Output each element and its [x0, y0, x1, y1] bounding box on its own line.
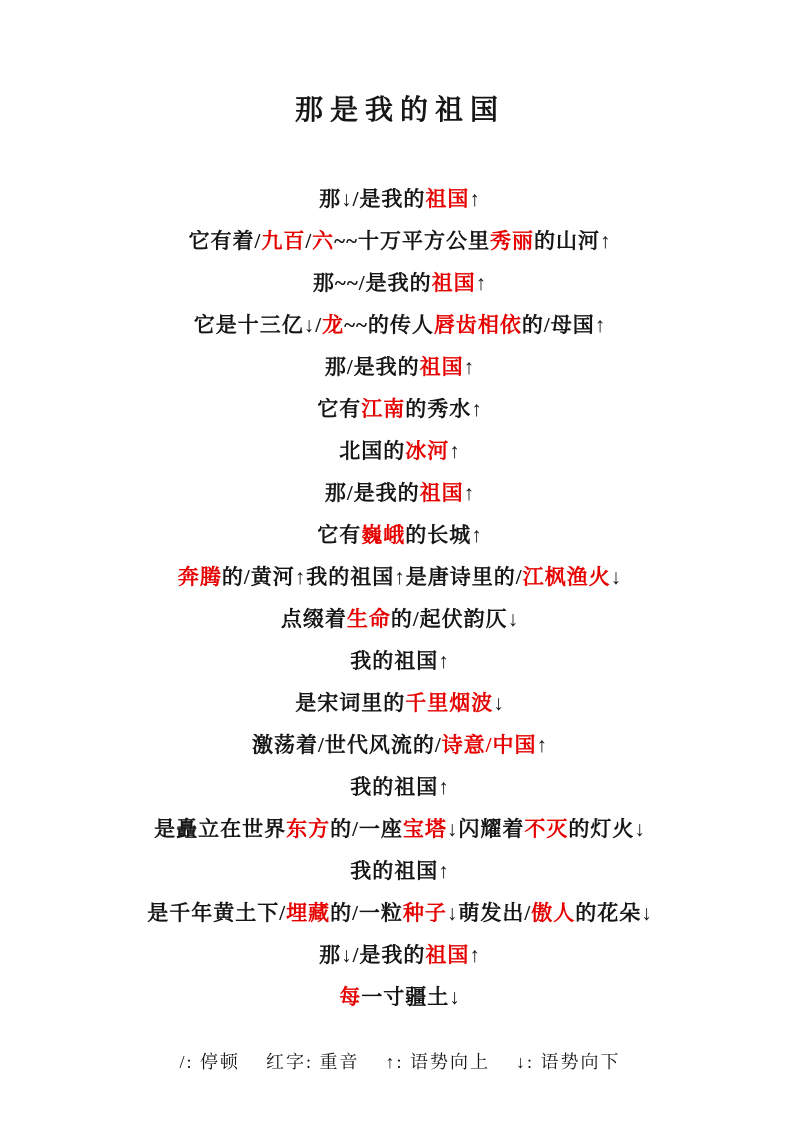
stressed-text: 唇齿相依 — [434, 313, 522, 337]
plain-text: 的山河↑ — [534, 229, 612, 253]
stressed-text: 祖国 — [420, 355, 464, 379]
stressed-text: 龙 — [322, 313, 344, 337]
stressed-text: 诗意 — [442, 733, 486, 757]
plain-text: 是矗立在世界 — [154, 817, 286, 841]
stressed-text: 中国 — [493, 733, 537, 757]
plain-text: 的长城↑ — [405, 523, 483, 547]
plain-text: 那~~/是我的 — [313, 271, 432, 295]
plain-text: 它有着/ — [188, 229, 261, 253]
poem-line: 点缀着生命的/起伏韵仄↓ — [0, 598, 800, 640]
plain-text: 的花朵↓ — [575, 901, 653, 925]
plain-text: 的/一座 — [330, 817, 403, 841]
plain-text: 那/是我的 — [325, 355, 420, 379]
plain-text: 那/是我的 — [325, 481, 420, 505]
plain-text: ↑ — [469, 187, 481, 211]
stressed-text: 江枫渔火 — [523, 565, 611, 589]
stressed-text: 东方 — [286, 817, 330, 841]
plain-text: 它是十三亿↓/ — [194, 313, 322, 337]
annotation-legend: /: 停顿红字: 重音↑: 语势向上↓: 语势向下 — [0, 1044, 800, 1080]
plain-text: 北国的 — [339, 439, 405, 463]
stressed-text: 祖国 — [425, 187, 469, 211]
poem-line: 我的祖国↑ — [0, 850, 800, 892]
stressed-text: 奔腾 — [178, 565, 222, 589]
plain-text: ↓ — [611, 565, 623, 589]
legend-item: /: 停顿 — [179, 1044, 240, 1080]
stressed-text: 埋藏 — [286, 901, 330, 925]
poem-line: 我的祖国↑ — [0, 766, 800, 808]
stressed-text: 巍峨 — [361, 523, 405, 547]
poem-line: 我的祖国↑ — [0, 640, 800, 682]
poem-line: 那/是我的祖国↑ — [0, 472, 800, 514]
stressed-text: 祖国 — [420, 481, 464, 505]
plain-text: 是宋词里的 — [295, 691, 405, 715]
legend-item: ↓: 语势向下 — [516, 1044, 621, 1080]
plain-text: 我的祖国↑ — [350, 649, 450, 673]
legend-item: 红字: 重音 — [266, 1044, 360, 1080]
plain-text: ↑ — [537, 733, 549, 757]
document-title: 那是我的祖国 — [0, 90, 800, 132]
plain-text: 的/起伏韵仄↓ — [391, 607, 519, 631]
plain-text: ↓萌发出/ — [447, 901, 531, 925]
plain-text: 的秀水↑ — [405, 397, 483, 421]
plain-text: ↑ — [464, 355, 476, 379]
stressed-text: 种子 — [403, 901, 447, 925]
stressed-text: 每 — [339, 985, 361, 1009]
stressed-text: 生命 — [347, 607, 391, 631]
plain-text: 的/一粒 — [330, 901, 403, 925]
stressed-text: 九百 — [261, 229, 305, 253]
plain-text: 的/母国↑ — [522, 313, 606, 337]
stressed-text: 祖国 — [432, 271, 476, 295]
poem-line: 奔腾的/黄河↑我的祖国↑是唐诗里的/江枫渔火↓ — [0, 556, 800, 598]
stressed-text: 六 — [312, 229, 334, 253]
plain-text: 的/黄河↑我的祖国↑是唐诗里的/ — [222, 565, 523, 589]
poem-line: 那↓/是我的祖国↑ — [0, 934, 800, 976]
poem-line: 那~~/是我的祖国↑ — [0, 262, 800, 304]
plain-text: 激荡着/世代风流的/ — [252, 733, 442, 757]
poem-line: 北国的冰河↑ — [0, 430, 800, 472]
plain-text: 我的祖国↑ — [350, 859, 450, 883]
plain-text: 一寸疆土↓ — [361, 985, 461, 1009]
plain-text: ↑ — [476, 271, 488, 295]
stressed-text: 不灭 — [524, 817, 568, 841]
plain-text: 的灯火↓ — [568, 817, 646, 841]
poem-line: 它有着/九百/六~~十万平方公里秀丽的山河↑ — [0, 220, 800, 262]
stressed-text: / — [486, 733, 493, 757]
plain-text: ~~十万平方公里 — [334, 229, 490, 253]
plain-text: 它有 — [317, 523, 361, 547]
poem-line: 它有巍峨的长城↑ — [0, 514, 800, 556]
plain-text: 那↓/是我的 — [319, 943, 425, 967]
plain-text: ↓闪耀着 — [447, 817, 525, 841]
stressed-text: 千里烟波 — [405, 691, 493, 715]
poem-line: 是千年黄土下/埋藏的/一粒种子↓萌发出/傲人的花朵↓ — [0, 892, 800, 934]
plain-text: 它有 — [317, 397, 361, 421]
poem-body: 那↓/是我的祖国↑它有着/九百/六~~十万平方公里秀丽的山河↑那~~/是我的祖国… — [0, 178, 800, 1018]
plain-text: ~~的传人 — [344, 313, 434, 337]
stressed-text: 傲人 — [531, 901, 575, 925]
plain-text: 那↓/是我的 — [319, 187, 425, 211]
stressed-text: 冰河 — [405, 439, 449, 463]
legend-item: ↑: 语势向上 — [386, 1044, 491, 1080]
plain-text: ↑ — [464, 481, 476, 505]
stressed-text: 江南 — [361, 397, 405, 421]
plain-text: ↓ — [493, 691, 505, 715]
plain-text: ↑ — [469, 943, 481, 967]
poem-line: 那↓/是我的祖国↑ — [0, 178, 800, 220]
poem-line: 它是十三亿↓/龙~~的传人唇齿相依的/母国↑ — [0, 304, 800, 346]
poem-line: 是宋词里的千里烟波↓ — [0, 682, 800, 724]
poem-line: 那/是我的祖国↑ — [0, 346, 800, 388]
plain-text: 点缀着 — [281, 607, 347, 631]
stressed-text: 宝塔 — [403, 817, 447, 841]
poem-line: 它有江南的秀水↑ — [0, 388, 800, 430]
plain-text: ↑ — [449, 439, 461, 463]
document-page: 那是我的祖国 那↓/是我的祖国↑它有着/九百/六~~十万平方公里秀丽的山河↑那~… — [0, 0, 800, 1131]
poem-line: 激荡着/世代风流的/诗意/中国↑ — [0, 724, 800, 766]
stressed-text: 祖国 — [425, 943, 469, 967]
poem-line: 是矗立在世界东方的/一座宝塔↓闪耀着不灭的灯火↓ — [0, 808, 800, 850]
stressed-text: 秀丽 — [490, 229, 534, 253]
poem-line: 每一寸疆土↓ — [0, 976, 800, 1018]
plain-text: 我的祖国↑ — [350, 775, 450, 799]
plain-text: 是千年黄土下/ — [147, 901, 286, 925]
